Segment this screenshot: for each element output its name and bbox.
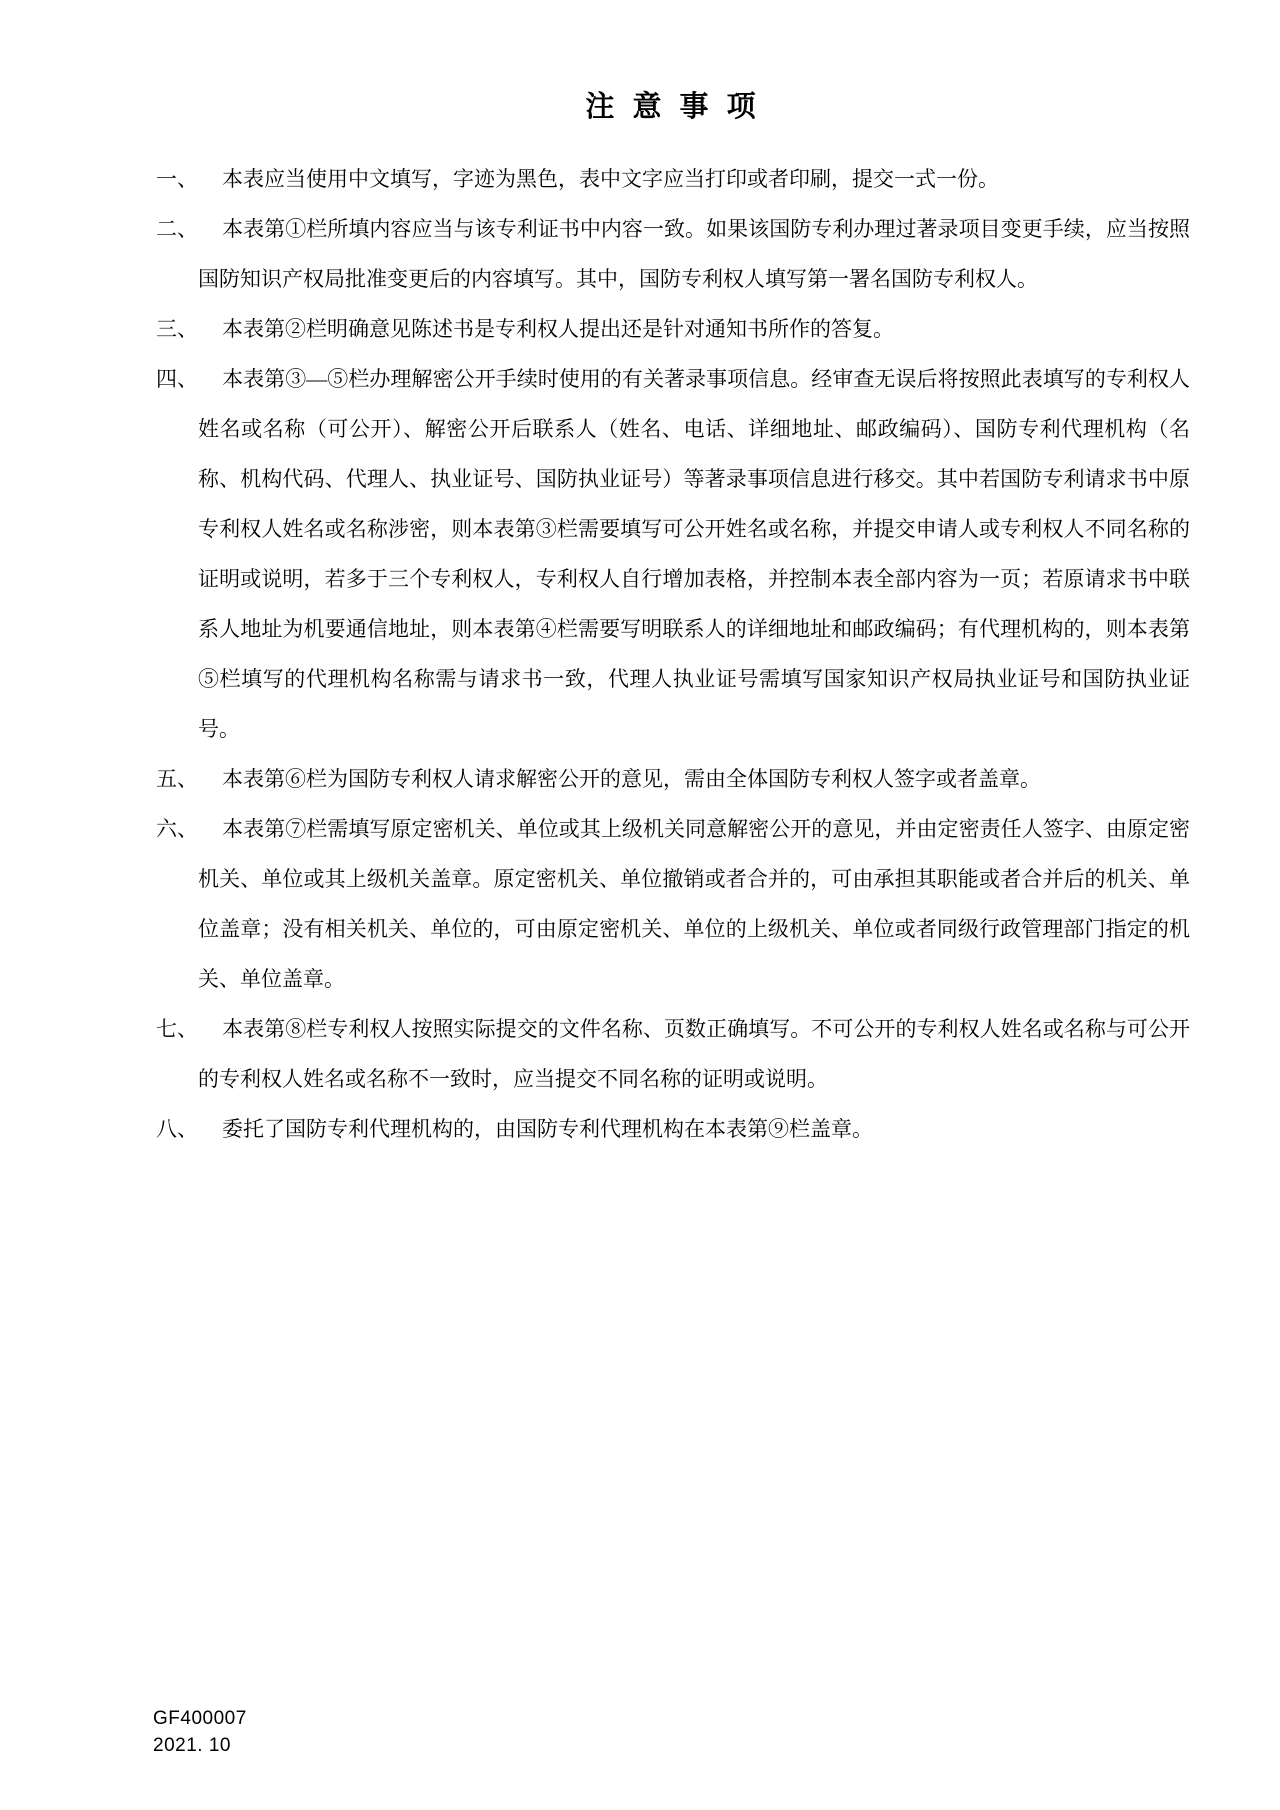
item-4-text: 本表第③—⑤栏办理解密公开手续时使用的有关著录事项信息。经审查无误后将按照此表填…: [198, 367, 1190, 741]
item-8-number: 八、: [156, 1117, 198, 1141]
notice-item-6: 六、本表第⑦栏需填写原定密机关、单位或其上级机关同意解密公开的意见，并由定密责任…: [156, 804, 1190, 1004]
item-7-text: 本表第⑧栏专利权人按照实际提交的文件名称、页数正确填写。不可公开的专利权人姓名或…: [198, 1017, 1190, 1091]
notice-item-7: 七、本表第⑧栏专利权人按照实际提交的文件名称、页数正确填写。不可公开的专利权人姓…: [156, 1004, 1190, 1104]
item-7-number: 七、: [156, 1017, 198, 1041]
item-1-number: 一、: [156, 167, 198, 191]
notice-item-2: 二、本表第①栏所填内容应当与该专利证书中内容一致。如果该国防专利办理过著录项目变…: [156, 204, 1190, 304]
notice-item-3: 三、本表第②栏明确意见陈述书是专利权人提出还是针对通知书所作的答复。: [156, 304, 1190, 354]
form-footer: GF400007 2021. 10: [153, 1705, 247, 1759]
item-8-text: 委托了国防专利代理机构的，由国防专利代理机构在本表第⑨栏盖章。: [222, 1117, 873, 1141]
form-code: GF400007: [153, 1705, 247, 1732]
notice-list: 一、本表应当使用中文填写，字迹为黑色，表中文字应当打印或者印刷，提交一式一份。 …: [156, 154, 1190, 1154]
item-5-number: 五、: [156, 767, 198, 791]
item-4-number: 四、: [156, 367, 198, 391]
notice-item-4: 四、本表第③—⑤栏办理解密公开手续时使用的有关著录事项信息。经审查无误后将按照此…: [156, 354, 1190, 754]
item-2-text: 本表第①栏所填内容应当与该专利证书中内容一致。如果该国防专利办理过著录项目变更手…: [198, 217, 1190, 291]
item-1-text: 本表应当使用中文填写，字迹为黑色，表中文字应当打印或者印刷，提交一式一份。: [222, 167, 999, 191]
item-6-number: 六、: [156, 817, 198, 841]
item-3-number: 三、: [156, 317, 198, 341]
notice-item-1: 一、本表应当使用中文填写，字迹为黑色，表中文字应当打印或者印刷，提交一式一份。: [156, 154, 1190, 204]
notice-item-8: 八、委托了国防专利代理机构的，由国防专利代理机构在本表第⑨栏盖章。: [156, 1104, 1190, 1154]
item-3-text: 本表第②栏明确意见陈述书是专利权人提出还是针对通知书所作的答复。: [222, 317, 894, 341]
form-date: 2021. 10: [153, 1732, 247, 1759]
item-6-text: 本表第⑦栏需填写原定密机关、单位或其上级机关同意解密公开的意见，并由定密责任人签…: [198, 817, 1190, 991]
notice-page: 注 意 事 项 一、本表应当使用中文填写，字迹为黑色，表中文字应当打印或者印刷，…: [0, 0, 1280, 1810]
item-2-number: 二、: [156, 217, 198, 241]
item-5-text: 本表第⑥栏为国防专利权人请求解密公开的意见，需由全体国防专利权人签字或者盖章。: [222, 767, 1041, 791]
notice-item-5: 五、本表第⑥栏为国防专利权人请求解密公开的意见，需由全体国防专利权人签字或者盖章…: [156, 754, 1190, 804]
page-title: 注 意 事 项: [156, 90, 1190, 124]
